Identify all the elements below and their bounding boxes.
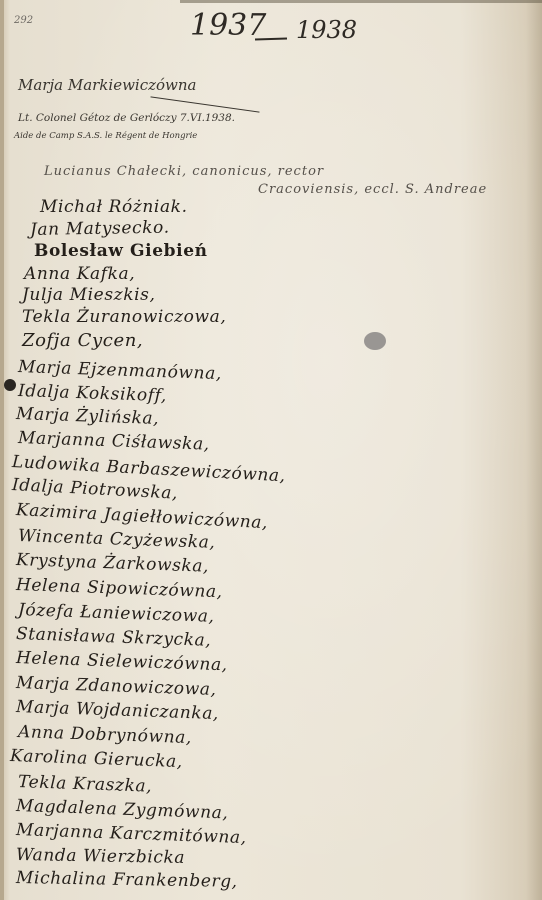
name-entry: Stanisława Skrzycka, [16,624,212,651]
name-entry: Wanda Wierzbicka [16,845,185,868]
signature-markiewiczowna: Marja Markiewiczówna [18,76,196,94]
name-entry: Tekla Kraszka, [18,772,153,797]
name-entry: Marja Wojdaniczanka, [16,697,220,724]
page-binding-edge [0,0,4,900]
name-entry: Marjanna Ciśławska, [18,428,210,455]
signature-aide-de-camp: Aide de Camp S.A.S. le Régent de Hongrie [14,131,197,141]
year-dash [255,37,287,40]
name-entry: Józefa Łaniewiczowa, [18,600,215,627]
name-entry: Anna Dobrynówna, [18,722,193,748]
name-entry: Marja Zdanowiczowa, [16,673,217,700]
name-entry: Karolina Gierucka, [10,746,183,772]
manuscript-page: 292 1937 1938 Marja Markiewiczówna Lt. C… [0,0,542,900]
name-entry: Wincenta Czyżewska, [18,526,216,553]
name-entry: Michał Różniak. [40,197,188,217]
name-entry: Marja Żylińska, [16,404,160,429]
name-entry: Anna Kafka, [24,264,135,284]
name-entry: Michalina Frankenberg, [16,868,238,892]
signature-chalecki-line2: Cracoviensis, eccl. S. Andreae [258,182,487,197]
folio-number: 292 [14,15,33,26]
name-entry: Zofja Cycen, [22,330,143,351]
name-entry: Helena Sielewiczówna, [16,648,228,675]
signature-gerloczy: Lt. Colonel Gétoz de Gerlóczy 7.VI.1938. [18,112,235,124]
name-entry: Marjanna Karczmitówna, [16,820,247,848]
page-top-edge [180,0,542,3]
ink-blot [364,332,386,350]
name-entry: Helena Sipowiczówna, [16,575,223,602]
name-entry: Tekla Żuranowiczowa, [22,307,226,327]
name-entry: Marja Ejzenmanówna, [18,357,223,384]
name-entry: Krystyna Żarkowska, [16,550,210,577]
name-entry: Jan Matysecko. [30,218,170,240]
ink-blot-margin [4,379,16,391]
name-entry: Julja Mieszkis, [22,285,155,305]
name-entry: Bolesław Giebień [34,241,208,261]
year-end: 1938 [296,16,357,44]
flourish-line [150,96,259,112]
signature-chalecki-line1: Lucianus Chałecki, canonicus, rector [44,164,324,179]
name-entry: Idalja Koksikoff, [18,381,168,406]
name-entry: Magdalena Zygmówna, [16,796,229,823]
